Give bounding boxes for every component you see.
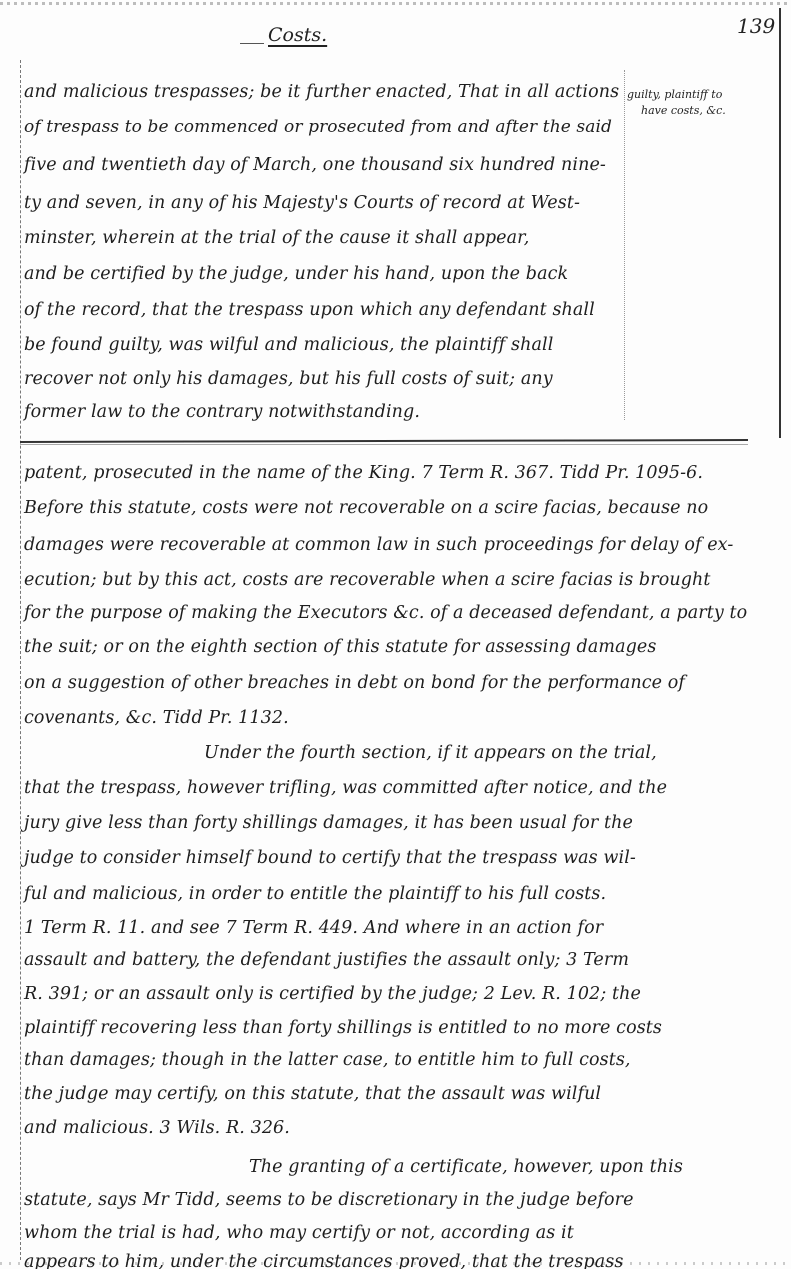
text-line: and be certified by the judge, under his… xyxy=(24,264,620,284)
text-line: be found guilty, was wilful and maliciou… xyxy=(24,335,620,355)
text-line: and malicious trespasses; be it further … xyxy=(24,82,620,102)
text-line: covenants, &c. Tidd Pr. 1132. xyxy=(24,708,759,728)
text-line: that the trespass, however trifling, was… xyxy=(24,778,759,798)
text-line: than damages; though in the latter case,… xyxy=(24,1050,759,1070)
text-line: the judge may certify, on this statute, … xyxy=(24,1084,759,1104)
margin-note-line: guilty, plaintiff to xyxy=(627,87,777,103)
text-line: ful and malicious, in order to entitle t… xyxy=(24,884,759,904)
scan-top-edge xyxy=(0,2,791,5)
text-line: plaintiff recovering less than forty shi… xyxy=(24,1018,759,1038)
margin-note-rule xyxy=(624,70,625,420)
text-line: the suit; or on the eighth section of th… xyxy=(24,637,759,657)
text-line: judge to consider himself bound to certi… xyxy=(24,848,759,868)
text-line: Before this statute, costs were not reco… xyxy=(24,498,759,518)
text-line: The granting of a certificate, however, … xyxy=(24,1157,791,1177)
text-line: former law to the contrary notwithstandi… xyxy=(24,402,620,422)
text-line: R. 391; or an assault only is certified … xyxy=(24,984,759,1004)
text-line: recover not only his damages, but his fu… xyxy=(24,369,620,389)
text-line: assault and battery, the defendant justi… xyxy=(24,950,759,970)
section-divider-thin xyxy=(20,444,748,445)
title-dash xyxy=(240,43,264,44)
text-line: for the purpose of making the Executors … xyxy=(24,603,759,623)
text-line: five and twentieth day of March, one tho… xyxy=(24,155,620,175)
text-line: damages were recoverable at common law i… xyxy=(24,535,759,555)
page-number: 139 xyxy=(737,14,775,38)
page-title: Costs. xyxy=(268,24,327,46)
right-border-rule xyxy=(779,8,781,438)
text-line: appears to him, under the circumstances … xyxy=(24,1252,759,1269)
text-line: of the record, that the trespass upon wh… xyxy=(24,300,620,320)
text-line: jury give less than forty shillings dama… xyxy=(24,813,759,833)
text-line: patent, prosecuted in the name of the Ki… xyxy=(24,463,759,483)
manuscript-page: Costs. 139 guilty, plaintiff to have cos… xyxy=(0,0,791,1269)
text-line: 1 Term R. 11. and see 7 Term R. 449. And… xyxy=(24,918,759,938)
text-line: Under the fourth section, if it appears … xyxy=(24,743,791,763)
text-line: and malicious. 3 Wils. R. 326. xyxy=(24,1118,759,1138)
text-line: on a suggestion of other breaches in deb… xyxy=(24,673,759,693)
text-line: ecution; but by this act, costs are reco… xyxy=(24,570,759,590)
section-divider xyxy=(20,439,748,443)
margin-note: guilty, plaintiff to have costs, &c. xyxy=(627,87,777,119)
text-line: statute, says Mr Tidd, seems to be discr… xyxy=(24,1190,759,1210)
text-line: whom the trial is had, who may certify o… xyxy=(24,1223,759,1243)
margin-note-line: have costs, &c. xyxy=(627,103,777,119)
text-line: of trespass to be commenced or prosecute… xyxy=(24,117,620,137)
text-line: minster, wherein at the trial of the cau… xyxy=(24,228,620,248)
left-margin-rule xyxy=(20,60,21,1260)
text-line: ty and seven, in any of his Majesty's Co… xyxy=(24,193,620,213)
